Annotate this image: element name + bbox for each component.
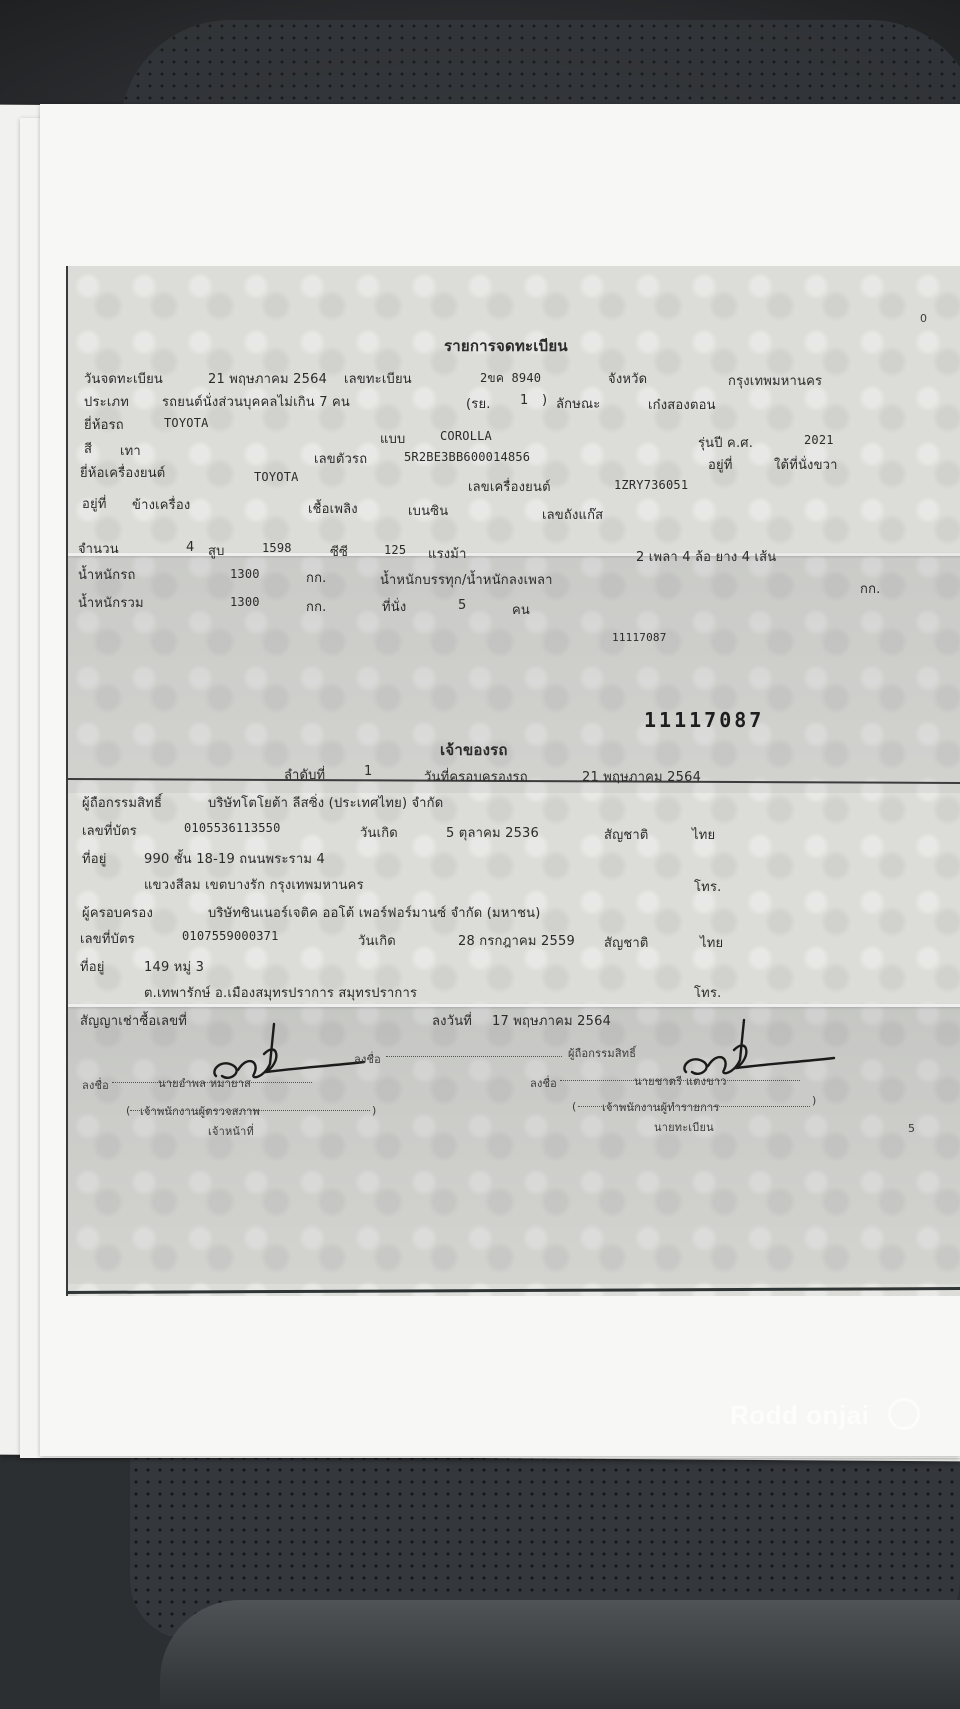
signature-line (386, 1056, 562, 1057)
sign-label-center: ลงชื่อ (354, 1050, 381, 1068)
left-officer-caption: เจ้าพนักงานผู้ตรวจสภาพ (140, 1102, 260, 1120)
model-label: แบบ (380, 428, 405, 449)
serial-number-small: 11117087 (612, 631, 667, 644)
plate-label: เลขทะเบียน (344, 368, 412, 389)
vehicle-code-label: (รย. (466, 393, 491, 414)
axles-wheels-value: 2 เพลา 4 ล้อ ยาง 4 เส้น (636, 546, 776, 567)
gross-weight-value: 1300 (230, 595, 260, 609)
province-value: กรุงเทพมหานคร (728, 370, 822, 391)
gas-tank-label: เลขถังแก๊ส (542, 504, 603, 525)
load-weight-label: น้ำหนักบรรทุก/น้ำหนักลงเพลา (380, 569, 553, 590)
owner-section-heading: เจ้าของรถ (440, 738, 508, 762)
right-paren-open: ( (572, 1100, 577, 1113)
model-value: COROLLA (440, 429, 492, 443)
engine-brand-value: TOYOTA (254, 470, 299, 484)
engine-cc-unit: ซีซี (330, 541, 348, 562)
engine-number-value: 1ZRY736051 (614, 478, 688, 492)
horsepower-unit: แรงม้า (428, 543, 467, 564)
holder-phone-label: โทร. (694, 876, 721, 897)
model-year-value: 2021 (804, 433, 834, 447)
body-style-value: เก๋งสองตอน (648, 394, 716, 415)
occupant-address-line2: ต.เทพารักษ์ อ.เมืองสมุทรปราการ สมุทรปราก… (144, 982, 417, 1003)
holder-id-label: เลขที่บัตร (82, 820, 137, 841)
left-officer-title: เจ้าหน้าที่ (208, 1122, 254, 1140)
holder-address-label: ที่อยู่ (82, 848, 107, 869)
left-paren-close: ) (372, 1104, 377, 1117)
vehicle-weight-value: 1300 (230, 567, 260, 581)
occupant-id-label: เลขที่บัตร (80, 928, 135, 949)
form-bottom-border (66, 1287, 960, 1294)
body-style-label: ลักษณะ (556, 393, 600, 414)
seats-unit: คน (512, 599, 530, 620)
occupant-name: บริษัทซินเนอร์เจติค ออโต้ เพอร์ฟอร์มานซ์… (208, 902, 540, 923)
chassis-label: เลขตัวรถ (314, 448, 367, 469)
seats-label: ที่นั่ง (382, 596, 406, 617)
plate-value: 2ขค 8940 (480, 369, 541, 388)
contract-date-value: 17 พฤษภาคม 2564 (492, 1010, 611, 1031)
vehicle-code-close: ) (542, 393, 547, 408)
seats-value: 5 (458, 598, 466, 613)
document-title: รายการจดทะเบียน (444, 334, 568, 358)
right-officer-title: นายทะเบียน (654, 1118, 714, 1136)
horsepower-value: 125 (384, 543, 406, 557)
hire-purchase-contract-label: สัญญาเช่าซื้อเลขที่ (80, 1010, 187, 1031)
sign-label-left: ลงชื่อ (82, 1076, 109, 1094)
cylinders-unit: สูบ (208, 540, 225, 561)
fold-crease (68, 1004, 960, 1007)
color-value: เทา (120, 440, 141, 461)
possession-date-value: 21 พฤษภาคม 2564 (582, 766, 701, 787)
registration-date-label: วันจดทะเบียน (84, 368, 163, 389)
holder-nationality-label: สัญชาติ (604, 824, 649, 845)
engine-location-label: อยู่ที่ (82, 493, 107, 514)
fold-crease (68, 553, 960, 556)
order-label: ลำดับที่ (284, 764, 325, 785)
registration-date-value: 21 พฤษภาคม 2564 (208, 368, 327, 389)
occupant-id-value: 0107559000371 (182, 929, 279, 943)
owner-holder-name: บริษัทโตโยต้า ลีสซิ่ง (ประเทศไทย) จำกัด (208, 792, 443, 813)
chassis-location-value: ใต้ที่นั่งขวา (774, 454, 838, 475)
occupant-nationality-value: ไทย (700, 932, 723, 953)
brand-label: ยี่ห้อรถ (84, 414, 124, 435)
occupant-address-label: ที่อยู่ (80, 956, 105, 977)
occupant-dob-value: 28 กรกฎาคม 2559 (458, 930, 575, 951)
chassis-number: 5R2BE3BB600014856 (404, 450, 530, 464)
color-label: สี (84, 438, 92, 459)
vehicle-weight-label: น้ำหนักรถ (78, 564, 136, 585)
brand-value: TOYOTA (164, 416, 209, 430)
gross-weight-unit: กก. (306, 596, 326, 617)
left-officer-name: นายอำพล หมายาส (158, 1074, 251, 1092)
model-year-label: รุ่นปี ค.ศ. (698, 432, 753, 453)
car-seat-edge (160, 1600, 960, 1709)
holder-dob-value: 5 ตุลาคม 2536 (446, 822, 539, 843)
engine-location-value: ข้างเครื่อง (132, 494, 190, 515)
contract-date-label: ลงวันที่ (432, 1010, 472, 1031)
serial-number-large: 11117087 (644, 708, 764, 732)
chassis-location-label: อยู่ที่ (708, 454, 733, 475)
occupant-dob-label: วันเกิด (358, 930, 396, 951)
holder-signature-caption: ผู้ถือกรรมสิทธิ์ (568, 1044, 636, 1062)
order-value: 1 (364, 764, 372, 779)
right-officer-caption: เจ้าพนักงานผู้ทำรายการ (602, 1098, 719, 1116)
occupant-phone-label: โทร. (694, 982, 721, 1003)
watermark-logo-icon (888, 1398, 920, 1430)
vehicle-weight-unit: กก. (306, 567, 326, 588)
holder-id-value: 0105536113550 (184, 821, 281, 835)
holder-dob-label: วันเกิด (360, 822, 398, 843)
engine-number-label: เลขเครื่องยนต์ (468, 476, 551, 497)
gross-weight-label: น้ำหนักรวม (78, 592, 144, 613)
registration-form: 0 รายการจดทะเบียน วันจดทะเบียน 21 พฤษภาค… (66, 266, 960, 1296)
cylinders-value: 4 (186, 540, 194, 555)
sign-label-right: ลงชื่อ (530, 1074, 557, 1092)
possession-date-label: วันที่ครอบครองรถ (424, 766, 528, 787)
occupant-address-line1: 149 หมู่ 3 (144, 956, 204, 977)
vehicle-code-value: 1 (520, 393, 528, 408)
vehicle-type-label: ประเภท (84, 391, 129, 412)
occupant-nationality-label: สัญชาติ (604, 932, 649, 953)
owner-holder-label: ผู้ถือกรรมสิทธิ์ (82, 792, 162, 813)
right-paren-close: ) (812, 1094, 817, 1107)
right-officer-name: นายชาตรี แตงขาว (634, 1072, 727, 1090)
engine-brand-label: ยี่ห้อเครื่องยนต์ (80, 462, 165, 483)
occupant-label: ผู้ครอบครอง (82, 902, 153, 923)
fuel-value: เบนซิน (408, 500, 448, 521)
fuel-label: เชื้อเพลิง (308, 498, 358, 519)
cylinders-label: จำนวน (78, 538, 119, 559)
watermark-text: Rodd onjai (730, 1400, 869, 1431)
province-label: จังหวัด (608, 368, 647, 389)
holder-nationality-value: ไทย (692, 824, 715, 845)
holder-address-line1: 990 ชั้น 18-19 ถนนพระราม 4 (144, 848, 325, 869)
vehicle-type-value: รถยนต์นั่งส่วนบุคคลไม่เกิน 7 คน (162, 391, 350, 412)
load-weight-unit: กก. (860, 578, 880, 599)
holder-address-line2: แขวงสีลม เขตบางรัก กรุงเทพมหานคร (144, 874, 364, 895)
page-mark: 5 (908, 1122, 915, 1135)
engine-cc-value: 1598 (262, 541, 292, 555)
corner-mark: 0 (920, 312, 927, 325)
